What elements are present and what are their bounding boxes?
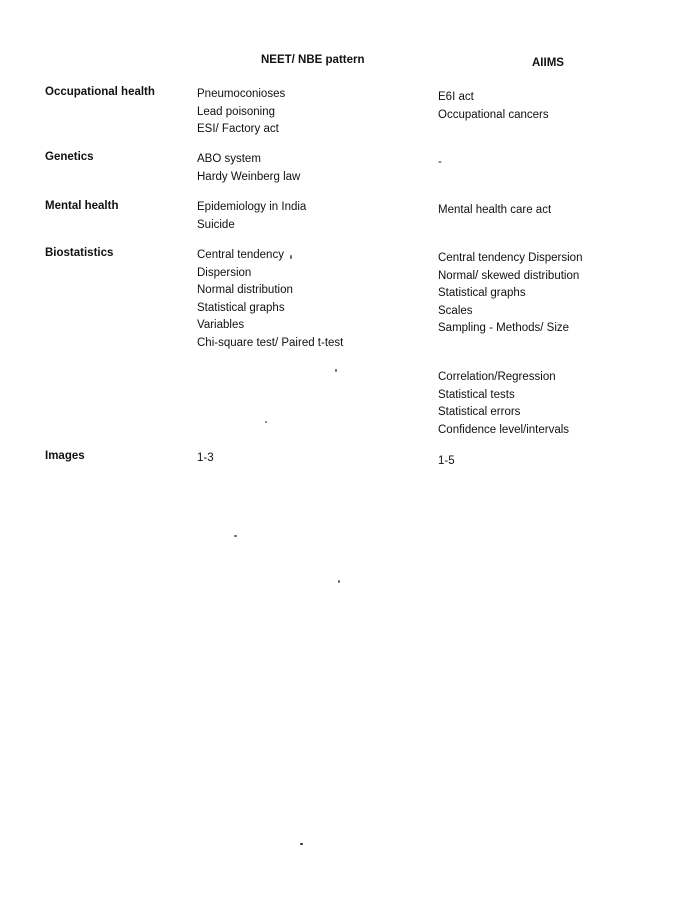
list-item: Chi-square test/ Paired t-test <box>197 335 343 353</box>
list-item: Normal/ skewed distribution <box>438 268 582 286</box>
aiims-occupational-health-list: E6I act Occupational cancers <box>438 89 549 124</box>
topic-biostatistics: Biostatistics <box>45 247 113 259</box>
list-item: Lead poisoning <box>197 104 285 122</box>
list-item: Epidemiology in India <box>197 199 306 217</box>
list-item: Hardy Weinberg law <box>197 169 300 187</box>
list-item: Scales <box>438 303 582 321</box>
list-item: Correlation/Regression <box>438 369 569 387</box>
list-item: Statistical tests <box>438 387 569 405</box>
list-item: Statistical errors <box>438 404 569 422</box>
list-item: ESI/ Factory act <box>197 121 285 139</box>
neet-mental-health-list: Epidemiology in India Suicide <box>197 199 306 234</box>
aiims-column-header: AIIMS <box>532 57 564 69</box>
neet-column-header: NEET/ NBE pattern <box>261 54 365 66</box>
list-item: E6I act <box>438 89 549 107</box>
scan-speck <box>335 369 337 372</box>
aiims-biostatistics-extra-list: Correlation/Regression Statistical tests… <box>438 369 569 439</box>
list-item: ABO system <box>197 151 300 169</box>
list-item: Normal distribution <box>197 282 343 300</box>
topic-mental-health: Mental health <box>45 200 118 212</box>
aiims-biostatistics-list: Central tendency Dispersion Normal/ skew… <box>438 250 582 338</box>
list-item: Variables <box>197 317 343 335</box>
neet-biostatistics-list: Central tendency Dispersion Normal distr… <box>197 247 343 353</box>
neet-genetics-list: ABO system Hardy Weinberg law <box>197 151 300 186</box>
scan-speck <box>234 535 237 537</box>
neet-images-count: 1-3 <box>197 450 214 468</box>
list-item: Pneumoconioses <box>197 86 285 104</box>
scan-speck <box>300 843 303 845</box>
topic-images: Images <box>45 450 85 462</box>
scan-speck <box>338 580 340 583</box>
scan-speck <box>265 421 267 423</box>
list-item: Dispersion <box>197 265 343 283</box>
scan-speck <box>290 255 292 259</box>
list-item: - <box>438 154 442 172</box>
list-item: Statistical graphs <box>197 300 343 318</box>
list-item: Statistical graphs <box>438 285 582 303</box>
list-item: Suicide <box>197 217 306 235</box>
aiims-mental-health-list: Mental health care act <box>438 202 551 220</box>
list-item: Mental health care act <box>438 202 551 220</box>
list-item: Sampling - Methods/ Size <box>438 320 582 338</box>
list-item: Confidence level/intervals <box>438 422 569 440</box>
list-item: Central tendency <box>197 247 343 265</box>
topic-genetics: Genetics <box>45 151 94 163</box>
aiims-images-count: 1-5 <box>438 453 455 471</box>
aiims-genetics-list: - <box>438 154 442 172</box>
topic-occupational-health: Occupational health <box>45 86 155 98</box>
list-item: Central tendency Dispersion <box>438 250 582 268</box>
neet-occupational-health-list: Pneumoconioses Lead poisoning ESI/ Facto… <box>197 86 285 139</box>
list-item: Occupational cancers <box>438 107 549 125</box>
